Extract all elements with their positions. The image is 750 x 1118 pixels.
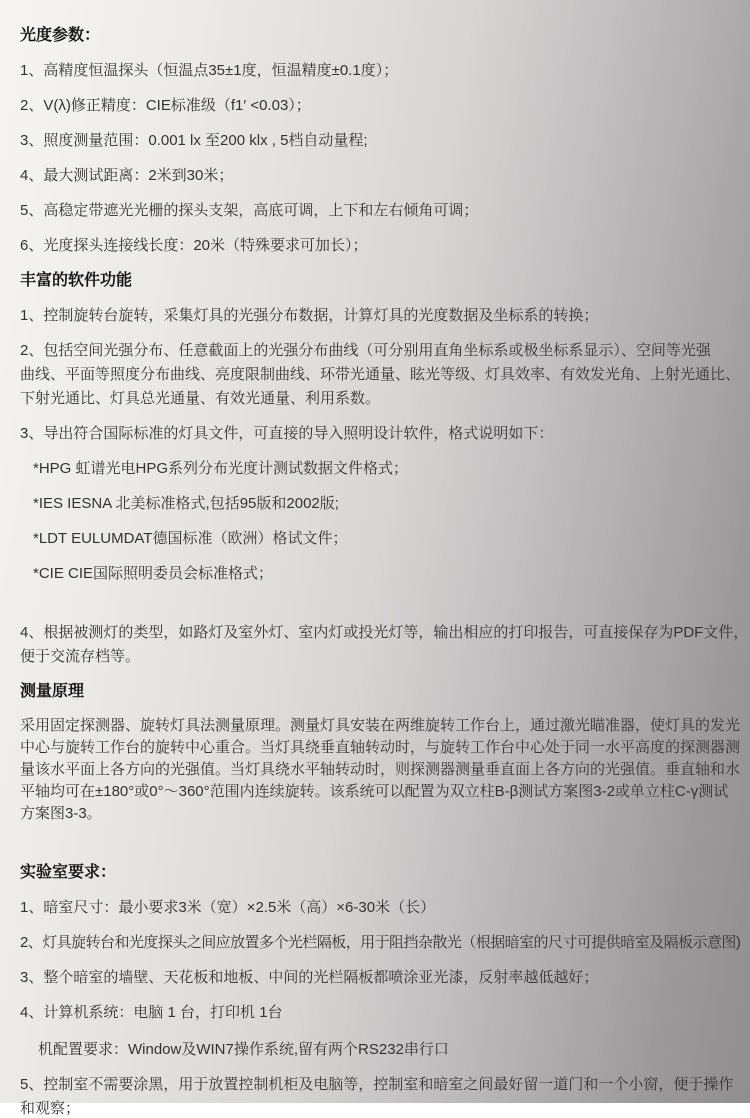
software-item-4-line: 便于交流存档等。 bbox=[20, 645, 744, 669]
software-item-2-line: 下射光通比、灯具总光通量、有效光通量、利用系数。 bbox=[20, 387, 744, 411]
measurement-principle-paragraph-line: 量该水平面上各方向的光强值。当灯具绕水平轴转动时，则探测器测量垂直面上各方向的光… bbox=[20, 759, 744, 781]
photometric-item-3-line: 3、照度测量范围：0.001 lx 至200 klx , 5档自动量程; bbox=[20, 129, 744, 153]
measurement-principle-paragraph-line: 中心与旋转工作台的旋转中心重合。当灯具绕垂直轴转动时，与旋转工作台中心处于同一水… bbox=[20, 737, 744, 759]
photometric-item-6: 6、光度探头连接线长度：20米（特殊要求可加长）； bbox=[20, 234, 744, 258]
photometric-item-3: 3、照度测量范围：0.001 lx 至200 klx , 5档自动量程; bbox=[20, 129, 744, 153]
photometric-item-4: 4、最大测试距离：2米到30米； bbox=[20, 164, 744, 188]
lab-item-2-line: 2、灯具旋转台和光度探头之间应放置多个光栏隔板，用于阻挡杂散光（根据暗室的尺寸可… bbox=[20, 931, 744, 955]
format-cie-line: *CIE CIE国际照明委员会标准格式； bbox=[33, 562, 744, 586]
lab-item-5: 5、控制室不需要涂黑，用于放置控制机柜及电脑等，控制室和暗室之间最好留一道门和一… bbox=[20, 1073, 744, 1118]
heading-photometric-parameters: 光度参数： bbox=[20, 24, 744, 48]
format-hpg: *HPG 虹谱光电HPG系列分布光度计测试数据文件格式； bbox=[20, 457, 744, 481]
software-item-2-line: 2、包括空间光强分布、任意截面上的光强分布曲线（可分别用直角坐标系或极坐标系显示… bbox=[20, 339, 744, 363]
software-item-1: 1、控制旋转台旋转，采集灯具的光强分布数据，计算灯具的光度数据及坐标系的转换； bbox=[20, 304, 744, 328]
lab-item-5-line: 和观察； bbox=[20, 1097, 744, 1118]
lab-item-4: 4、计算机系统：电脑 1 台，打印机 1台 bbox=[20, 1001, 744, 1025]
lab-item-3: 3、整个暗室的墙壁、天花板和地板、中间的光栏隔板都喷涂亚光漆，反射率越低越好； bbox=[20, 966, 744, 990]
format-ldt: *LDT EULUMDAT德国标准（欧洲）格试文件； bbox=[20, 527, 744, 551]
measurement-principle-paragraph-line: 平轴均可在±180°或0°～360°范围内连续旋转。该系统可以配置为双立柱B-β… bbox=[20, 781, 744, 803]
heading-laboratory-requirements-line: 实验室要求： bbox=[20, 861, 744, 885]
document-content: 光度参数：1、高精度恒温探头（恒温点35±1度，恒温精度±0.1度）；2、V(λ… bbox=[0, 0, 750, 1118]
software-item-4-line: 4、根据被测灯的类型，如路灯及室外灯、室内灯或投光灯等，输出相应的打印报告，可直… bbox=[20, 621, 744, 645]
heading-measurement-principle-line: 测量原理 bbox=[20, 680, 744, 704]
heading-software-features-line: 丰富的软件功能 bbox=[20, 269, 744, 293]
photometric-item-2: 2、V(λ)修正精度：CIE标准级（f1′ <0.03）； bbox=[20, 94, 744, 118]
photometric-item-1-line: 1、高精度恒温探头（恒温点35±1度，恒温精度±0.1度）； bbox=[20, 59, 744, 83]
lab-item-2: 2、灯具旋转台和光度探头之间应放置多个光栏隔板，用于阻挡杂散光（根据暗室的尺寸可… bbox=[20, 931, 744, 955]
format-ies-line: *IES IESNA 北美标准格式,包括95版和2002版; bbox=[33, 492, 744, 516]
lab-item-5-line: 5、控制室不需要涂黑，用于放置控制机柜及电脑等，控制室和暗室之间最好留一道门和一… bbox=[20, 1073, 744, 1097]
heading-laboratory-requirements: 实验室要求： bbox=[20, 861, 744, 885]
format-hpg-line: *HPG 虹谱光电HPG系列分布光度计测试数据文件格式； bbox=[33, 457, 744, 481]
lab-item-4-line: 4、计算机系统：电脑 1 台，打印机 1台 bbox=[20, 1001, 744, 1025]
lab-item-4-computer-requirements: 机配置要求：Window及WIN7操作系统,留有两个RS232串行口 bbox=[20, 1038, 744, 1062]
photometric-item-5-line: 5、高稳定带遮光光栅的探头支架，高底可调，上下和左右倾角可调； bbox=[20, 199, 744, 223]
software-item-2-line: 曲线、平面等照度分布曲线、亮度限制曲线、环带光通量、眩光等级、灯具效率、有效发光… bbox=[20, 363, 744, 387]
photometric-item-2-line: 2、V(λ)修正精度：CIE标准级（f1′ <0.03）； bbox=[20, 94, 744, 118]
heading-photometric-parameters-line: 光度参数： bbox=[20, 24, 744, 48]
format-ies: *IES IESNA 北美标准格式,包括95版和2002版; bbox=[20, 492, 744, 516]
software-item-3-line: 3、导出符合国际标准的灯具文件，可直接的导入照明设计软件，格式说明如下： bbox=[20, 422, 744, 446]
photometric-item-1: 1、高精度恒温探头（恒温点35±1度，恒温精度±0.1度）； bbox=[20, 59, 744, 83]
measurement-principle-paragraph: 采用固定探测器、旋转灯具法测量原理。测量灯具安装在两维旋转工作台上，通过激光瞄准… bbox=[20, 715, 744, 825]
lab-item-1: 1、暗室尺寸：最小要求3米（宽）×2.5米（高）×6-30米（长） bbox=[20, 896, 744, 920]
measurement-principle-paragraph-line: 采用固定探测器、旋转灯具法测量原理。测量灯具安装在两维旋转工作台上，通过激光瞄准… bbox=[20, 715, 744, 737]
format-ldt-line: *LDT EULUMDAT德国标准（欧洲）格试文件； bbox=[33, 527, 744, 551]
lab-item-1-line: 1、暗室尺寸：最小要求3米（宽）×2.5米（高）×6-30米（长） bbox=[20, 896, 744, 920]
software-item-3: 3、导出符合国际标准的灯具文件，可直接的导入照明设计软件，格式说明如下： bbox=[20, 422, 744, 446]
heading-software-features: 丰富的软件功能 bbox=[20, 269, 744, 293]
software-item-4: 4、根据被测灯的类型，如路灯及室外灯、室内灯或投光灯等，输出相应的打印报告，可直… bbox=[20, 621, 744, 669]
document-page: 光度参数：1、高精度恒温探头（恒温点35±1度，恒温精度±0.1度）；2、V(λ… bbox=[0, 0, 750, 1118]
software-item-2: 2、包括空间光强分布、任意截面上的光强分布曲线（可分别用直角坐标系或极坐标系显示… bbox=[20, 339, 744, 411]
software-item-1-line: 1、控制旋转台旋转，采集灯具的光强分布数据，计算灯具的光度数据及坐标系的转换； bbox=[20, 304, 744, 328]
photometric-item-5: 5、高稳定带遮光光栅的探头支架，高底可调，上下和左右倾角可调； bbox=[20, 199, 744, 223]
format-cie: *CIE CIE国际照明委员会标准格式； bbox=[20, 562, 744, 586]
heading-measurement-principle: 测量原理 bbox=[20, 680, 744, 704]
lab-item-3-line: 3、整个暗室的墙壁、天花板和地板、中间的光栏隔板都喷涂亚光漆，反射率越低越好； bbox=[20, 966, 744, 990]
lab-item-4-computer-requirements-line: 机配置要求：Window及WIN7操作系统,留有两个RS232串行口 bbox=[38, 1038, 744, 1062]
measurement-principle-paragraph-line: 方案图3-3。 bbox=[20, 803, 744, 825]
photometric-item-4-line: 4、最大测试距离：2米到30米； bbox=[20, 164, 744, 188]
photometric-item-6-line: 6、光度探头连接线长度：20米（特殊要求可加长）； bbox=[20, 234, 744, 258]
